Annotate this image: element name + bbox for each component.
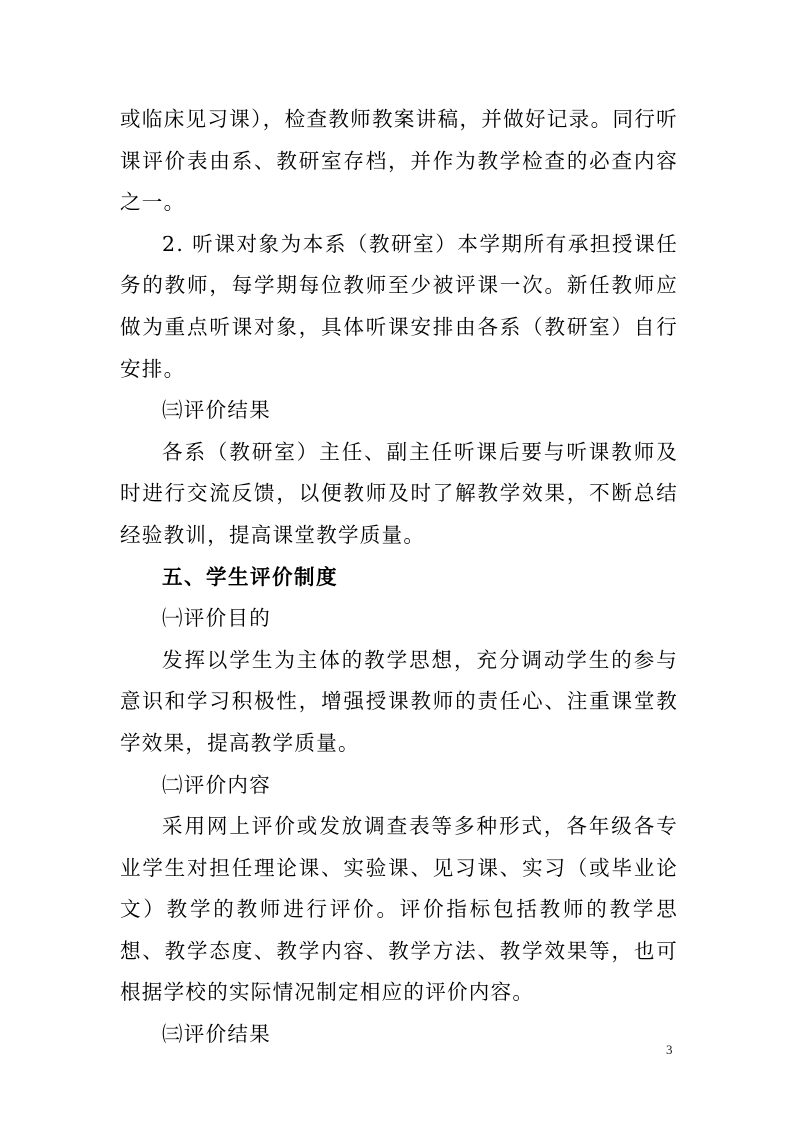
subheading-evaluation-purpose: ㈠评价目的 (120, 598, 678, 640)
paragraph-purpose: 发挥以学生为主体的教学思想，充分调动学生的参与意识和学习积极性，增强授课教师的责… (120, 640, 678, 765)
paragraph-content: 采用网上评价或发放调查表等多种形式，各年级各专业学生对担任理论课、实验课、见习课… (120, 806, 678, 1014)
section-heading-student-evaluation: 五、学生评价制度 (120, 557, 678, 599)
subheading-evaluation-content: ㈡评价内容 (120, 765, 678, 807)
paragraph-listening-targets: 2. 听课对象为本系（教研室）本学期所有承担授课任务的教师，每学期每位教师至少被… (120, 224, 678, 390)
page-body: 或临床见习课），检查教师教案讲稿，并做好记录。同行听课评价表由系、教研室存档，并… (120, 99, 678, 1056)
paragraph-feedback: 各系（教研室）主任、副主任听课后要与听课教师及时进行交流反馈，以便教师及时了解教… (120, 432, 678, 557)
paragraph-continuation: 或临床见习课），检查教师教案讲稿，并做好记录。同行听课评价表由系、教研室存档，并… (120, 99, 678, 224)
page-number: 3 (666, 1042, 673, 1058)
document-page: 或临床见习课），检查教师教案讲稿，并做好记录。同行听课评价表由系、教研室存档，并… (0, 0, 793, 1122)
subheading-evaluation-results-2: ㈢评价结果 (120, 1014, 678, 1056)
subheading-evaluation-results: ㈢评价结果 (120, 390, 678, 432)
